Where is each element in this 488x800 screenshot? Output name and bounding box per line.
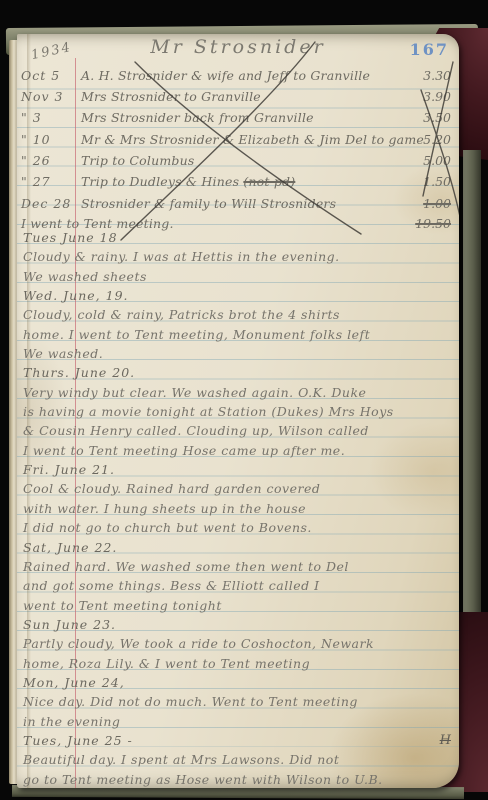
ledger-desc: Strosnider & family to Will Strosniders bbox=[81, 196, 401, 211]
diary-line: Rained hard. We washed some then went to… bbox=[23, 557, 451, 576]
diary-line: Beautiful day. I spent at Mrs Lawsons. D… bbox=[23, 750, 451, 769]
ledger-row: " 3 Mrs Strosnider back from Granville 3… bbox=[17, 110, 459, 130]
ledger-row: " 10 Mr & Mrs Strosnider & Elizabeth & J… bbox=[17, 132, 459, 152]
page-number: 167 bbox=[410, 40, 449, 59]
book-cloth-right-edge bbox=[463, 150, 481, 655]
ledger-desc: Mrs Strosnider to Granville bbox=[81, 89, 401, 104]
diary-entries: Tues June 18 Cloudy & rainy. I was at He… bbox=[23, 228, 451, 788]
diary-date-heading: Sun June 23. bbox=[23, 615, 451, 634]
diary-date-heading: Tues June 18 bbox=[23, 228, 451, 247]
ledger-amount: 5.00 bbox=[403, 153, 451, 168]
ledger-amount-crossed-out: 1.00 bbox=[403, 196, 451, 211]
ledger-desc: Mr & Mrs Strosnider & Elizabeth & Jim De… bbox=[81, 132, 401, 147]
ledger-row: " 27 Trip to Dudleys & Hines (not pd) 1.… bbox=[17, 174, 459, 194]
expense-ledger: Oct 5 A. H. Strosnider & wife and Jeff t… bbox=[17, 68, 459, 240]
ledger-desc: Trip to Dudleys & Hines (not pd) bbox=[81, 174, 401, 189]
ledger-date: " 3 bbox=[21, 110, 76, 125]
diary-date-heading: Tues, June 25 - bbox=[23, 731, 451, 750]
diary-line: is having a movie tonight at Station (Du… bbox=[23, 402, 451, 421]
ledger-row: Dec 28 Strosnider & family to Will Stros… bbox=[17, 196, 459, 216]
diary-page: 1934 Mr Strosnider 167 Oct 5 A. H. Stros… bbox=[17, 34, 459, 788]
ledger-desc: Mrs Strosnider back from Granville bbox=[81, 110, 401, 125]
ledger-desc-text: Trip to Dudleys & Hines bbox=[81, 174, 243, 189]
margin-mark-crossed-out: H bbox=[440, 733, 451, 748]
ledger-date: Oct 5 bbox=[21, 68, 76, 83]
diary-line: Nice day. Did not do much. Went to Tent … bbox=[23, 692, 451, 711]
ledger-desc: Trip to Columbus bbox=[81, 153, 401, 168]
diary-line: went to Tent meeting tonight bbox=[23, 596, 451, 615]
ledger-amount: 1.50 bbox=[403, 174, 451, 189]
diary-line: Partly cloudy, We took a ride to Coshoct… bbox=[23, 634, 451, 653]
diary-line: Cloudy & rainy. I was at Hettis in the e… bbox=[23, 247, 451, 266]
ledger-amount: 3.50 bbox=[403, 110, 451, 125]
ledger-amount: 3.30 bbox=[403, 68, 451, 83]
diary-line: with water. I hung sheets up in the hous… bbox=[23, 499, 451, 518]
page-title: Mr Strosnider bbox=[17, 36, 459, 58]
diary-line: in the evening bbox=[23, 712, 451, 731]
diary-line: home. I went to Tent meeting, Monument f… bbox=[23, 325, 451, 344]
ledger-desc-crossed-out: (not pd) bbox=[243, 174, 295, 189]
ledger-row: Oct 5 A. H. Strosnider & wife and Jeff t… bbox=[17, 68, 459, 88]
diary-line: and got some things. Bess & Elliott call… bbox=[23, 576, 451, 595]
diary-date-heading: Wed. June, 19. bbox=[23, 286, 451, 305]
ledger-date: " 26 bbox=[21, 153, 76, 168]
ledger-amount: 3.90 bbox=[403, 89, 451, 104]
ledger-date: " 27 bbox=[21, 174, 76, 189]
diary-line: I did not go to church but went to Boven… bbox=[23, 518, 451, 537]
ledger-desc: A. H. Strosnider & wife and Jeff to Gran… bbox=[81, 68, 401, 83]
ledger-row: Nov 3 Mrs Strosnider to Granville 3.90 bbox=[17, 89, 459, 109]
diary-photo: 1934 Mr Strosnider 167 Oct 5 A. H. Stros… bbox=[0, 0, 488, 800]
ledger-amount: 5.20 bbox=[403, 132, 451, 147]
diary-date-heading: Fri. June 21. bbox=[23, 460, 451, 479]
diary-line: & Cousin Henry called. Clouding up, Wils… bbox=[23, 421, 451, 440]
ledger-date: Nov 3 bbox=[21, 89, 76, 104]
ledger-date: " 10 bbox=[21, 132, 76, 147]
diary-line: We washed. bbox=[23, 344, 451, 363]
diary-date-heading: Sat, June 22. bbox=[23, 538, 451, 557]
diary-line: I went to Tent meeting Hose came up afte… bbox=[23, 441, 451, 460]
ledger-date: Dec 28 bbox=[21, 196, 76, 211]
diary-line: We washed sheets bbox=[23, 267, 451, 286]
diary-date-heading: Thurs. June 20. bbox=[23, 363, 451, 382]
ledger-row: " 26 Trip to Columbus 5.00 bbox=[17, 153, 459, 173]
diary-date-heading: Mon, June 24, bbox=[23, 673, 451, 692]
diary-line: Very windy but clear. We washed again. O… bbox=[23, 383, 451, 402]
diary-line: home, Roza Lily. & I went to Tent meetin… bbox=[23, 654, 451, 673]
diary-line: Cloudy, cold & rainy, Patricks brot the … bbox=[23, 305, 451, 324]
diary-line: Cool & cloudy. Rained hard garden covere… bbox=[23, 479, 451, 498]
diary-line: go to Tent meeting as Hose went with Wil… bbox=[23, 770, 451, 788]
